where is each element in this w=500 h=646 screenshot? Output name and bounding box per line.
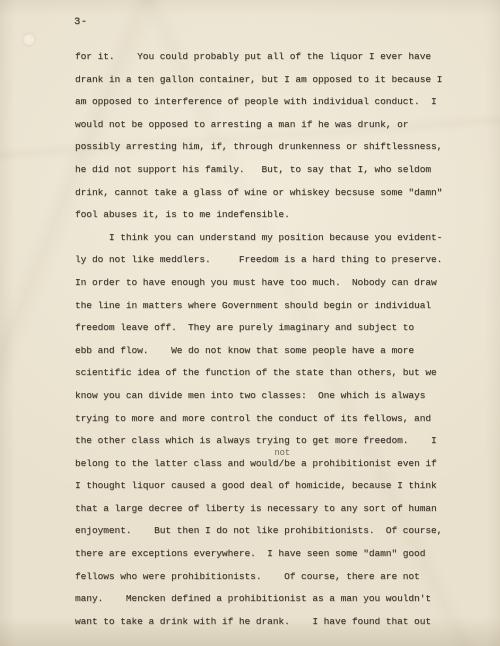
text-line: for it. You could probably put all of th…	[75, 46, 485, 69]
text-body: for it. You could probably put all of th…	[75, 46, 485, 633]
text-line: there are exceptions everywhere. I have …	[75, 543, 485, 566]
text-line: fool abuses it, is to me indefensible.	[75, 204, 485, 227]
text-line: I thought liquor caused a good deal of h…	[75, 475, 485, 498]
text-line: he did not support his family. But, to s…	[75, 159, 485, 182]
text-line: ebb and flow. We do not know that some p…	[75, 340, 485, 363]
text-after-insertion: be a prohibitionist even if	[284, 458, 437, 469]
insertion-caret-slash: /	[278, 458, 284, 469]
paper-flaw-spot	[22, 32, 36, 47]
typewritten-letter-page: 3- for it. You could probably put all of…	[0, 0, 500, 646]
page-number: 3-	[74, 16, 88, 28]
text-line: belong to the latter class and would/not…	[75, 453, 485, 476]
text-line: trying to more and more control the cond…	[75, 408, 485, 431]
text-line: am opposed to interference of people wit…	[75, 91, 485, 114]
inserted-word: not	[274, 449, 290, 458]
text-line: ly do not like meddlers. Freedom is a ha…	[75, 249, 485, 272]
text-line: In order to have enough you must have to…	[75, 272, 485, 295]
text-line: many. Mencken defined a prohibitionist a…	[75, 588, 485, 611]
text-line: enjoyment. But then I do not like prohib…	[75, 520, 485, 543]
text-line: want to take a drink with if he drank. I…	[75, 611, 485, 634]
insertion-point: /not	[278, 458, 284, 469]
text-line: drink, cannot take a glass of wine or wh…	[75, 182, 485, 205]
text-line: know you can divide men into two classes…	[75, 385, 485, 408]
text-line: that a large decree of liberty is necess…	[75, 498, 485, 521]
text-line: I think you can understand my position b…	[75, 227, 485, 250]
text-line: scientific idea of the function of the s…	[75, 362, 485, 385]
text-line: fellows who were prohibitionists. Of cou…	[75, 566, 485, 589]
text-line: would not be opposed to arresting a man …	[75, 114, 485, 137]
text-line: drank in a ten gallon container, but I a…	[75, 69, 485, 92]
text-before-insertion: belong to the latter class and would	[75, 458, 278, 469]
text-line: possibly arresting him, if, through drun…	[75, 136, 485, 159]
text-line: freedom leave off. They are purely imagi…	[75, 317, 485, 340]
text-line: the line in matters where Government sho…	[75, 295, 485, 318]
